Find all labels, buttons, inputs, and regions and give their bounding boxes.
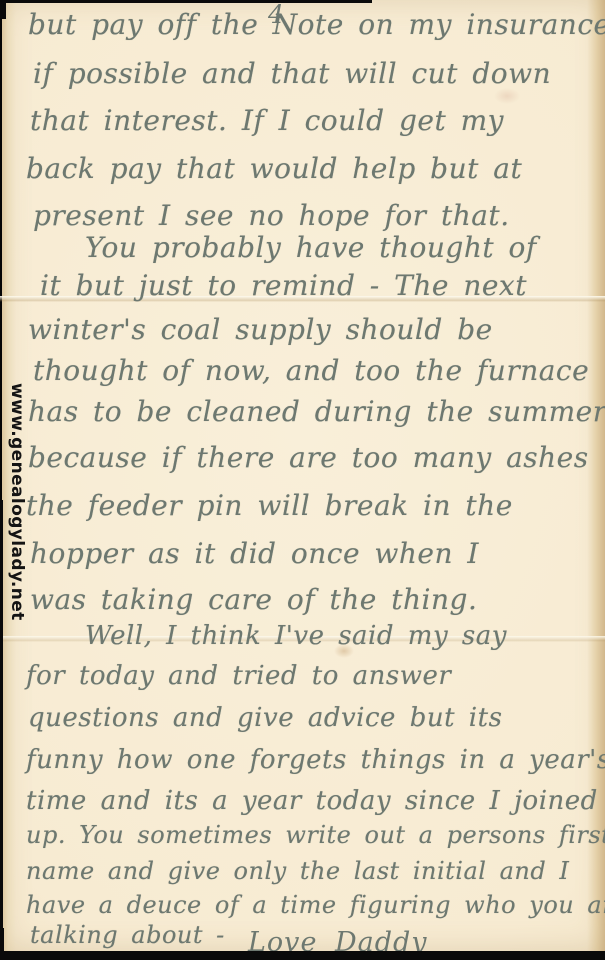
- scan-edge-bottom: [0, 951, 605, 960]
- handwritten-line: hopper as it did once when I: [30, 537, 479, 570]
- handwritten-line: it but just to remind - The next: [40, 269, 527, 302]
- handwritten-line: name and give only the last initial and …: [26, 857, 569, 885]
- handwritten-line: questions and give advice but its: [28, 703, 502, 733]
- handwritten-line: the feeder pin will break in the: [26, 489, 513, 522]
- handwritten-line: time and its a year today since I joined: [26, 786, 598, 816]
- handwritten-line: present I see no hope for that.: [33, 199, 510, 232]
- handwritten-line: for today and tried to answer: [26, 661, 451, 691]
- handwritten-line: up. You sometimes write out a persons fi…: [26, 821, 605, 849]
- handwritten-line: was taking care of the thing.: [30, 583, 477, 616]
- handwritten-line: You probably have thought of: [85, 231, 537, 264]
- handwritten-line: Well, I think I've said my say: [85, 621, 507, 651]
- scan-edge-top: [0, 0, 372, 3]
- scanned-letter: www.genealogylady.net 4 but pay off the …: [0, 0, 605, 960]
- handwritten-line: thought of now, and too the furnace: [33, 354, 589, 387]
- handwritten-line: has to be cleaned during the summer: [28, 395, 605, 428]
- handwritten-line: back pay that would help but at: [26, 152, 522, 185]
- handwritten-line: have a deuce of a time figuring who you …: [26, 891, 605, 919]
- handwritten-line: talking about -: [30, 921, 225, 949]
- watermark: www.genealogylady.net: [7, 383, 27, 621]
- handwritten-line: but pay off the Note on my insurance: [28, 8, 605, 41]
- scan-edge-left: [0, 500, 3, 960]
- scan-edge-corner: [0, 0, 6, 19]
- handwritten-line: winter's coal supply should be: [28, 313, 493, 346]
- handwritten-line: that interest. If I could get my: [30, 104, 504, 137]
- handwritten-line: if possible and that will cut down: [33, 57, 551, 90]
- handwritten-line: funny how one forgets things in a year's: [26, 745, 605, 775]
- handwritten-line: because if there are too many ashes: [28, 441, 589, 474]
